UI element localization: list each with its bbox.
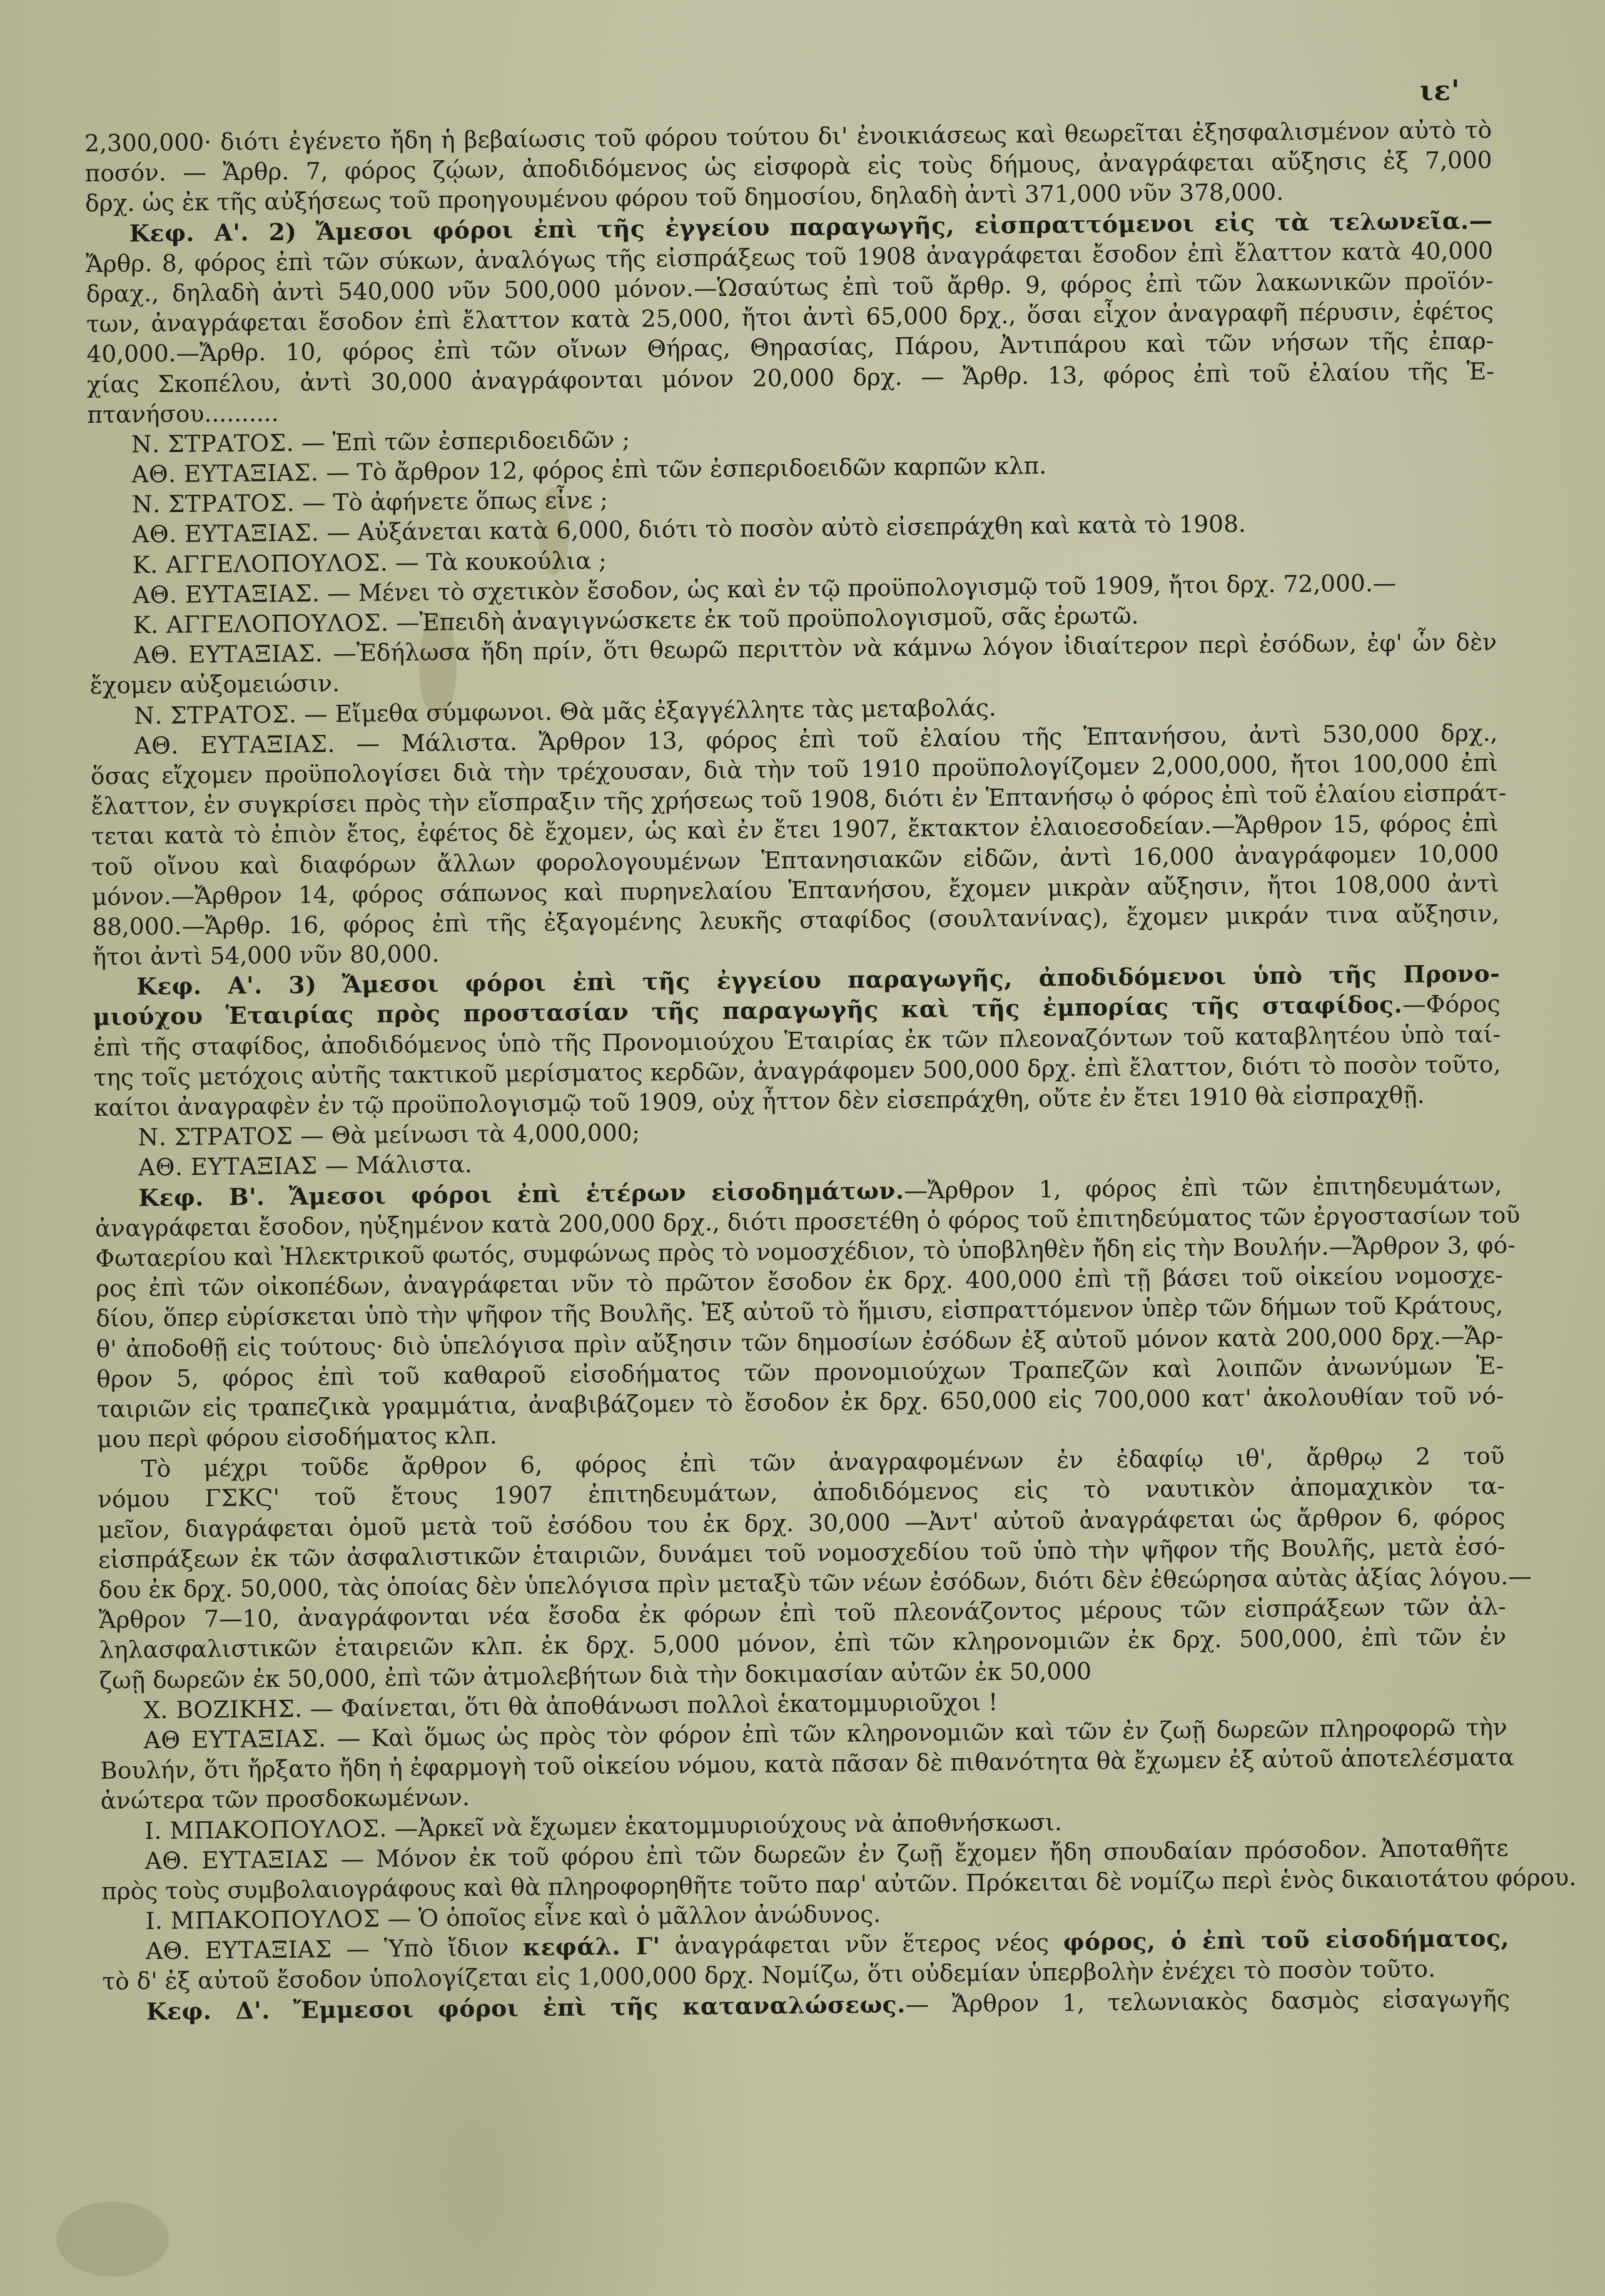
- document-body: 2,300,000· διότι ἐγένετο ἤδη ἡ βεβαίωσις…: [84, 114, 1510, 2026]
- chapter-label: Κεφ. Β'.: [138, 1183, 265, 1211]
- speech-text: — Φαίνεται, ὅτι θὰ ἀποθάνωσι πολλοὶ ἑκατ…: [310, 1688, 998, 1722]
- chapter-title: Ἔμμεσοι φόροι ἐπὶ τῆς καταναλώσεως.: [293, 1990, 906, 2023]
- speech-text: — Ὑπὸ ἴδιον: [346, 1934, 509, 1963]
- speech-text: — Τὸ ἀφήνετε ὅπως εἶνε ;: [302, 486, 608, 517]
- emphasis-text: φόρος, ὁ ἐπὶ τοῦ εἰσοδήματος,: [1063, 1924, 1509, 1956]
- line-text: ἔχομεν αὐξομειώσιν.: [89, 670, 340, 700]
- chapter-label: Κεφ. Α'. 3): [136, 971, 317, 1001]
- line-text: ἤτοι ἀντὶ 54,000 νῦν 80,000.: [93, 940, 440, 971]
- line-text: μου περὶ φόρου εἰσοδήματος κλπ.: [97, 1422, 497, 1453]
- speaker-name: Χ. ΒΟΖΙΚΗΣ.: [143, 1695, 303, 1724]
- speaker-name: Ν. ΣΤΡΑΤΟΣ.: [134, 700, 297, 729]
- line-text: ἀνώτερα τῶν προσδοκωμένων.: [100, 1784, 470, 1815]
- speech-text: ἀναγράφεται νῦν ἕτερος νέος: [674, 1929, 1049, 1960]
- speaker-name: Ι. ΜΠΑΚΟΠΟΥΛΟΣ.: [144, 1814, 387, 1844]
- chapter-label: Κεφ. Δ'.: [146, 1996, 270, 2025]
- line-text: —Φόρος: [1402, 990, 1501, 1018]
- chapter-label: Κεφ. Α'. 2): [129, 218, 296, 247]
- speaker-name: Ν. ΣΤΡΑΤΟΣ.: [131, 429, 295, 458]
- speech-text: — Τὸ ἄρθρον 12, φόρος ἐπὶ τῶν ἐσπεριδοει…: [326, 452, 1046, 486]
- speech-text: — Ἐπὶ τῶν ἐσπεριδοειδῶν ;: [301, 426, 630, 457]
- speaker-name: ΑΘ. ΕΥΤΑΞΙΑΣ: [138, 1152, 318, 1181]
- speech-text: —Ἀρκεῖ νὰ ἔχωμεν ἑκατομμυριούχους νὰ ἀπο…: [394, 1808, 1062, 1842]
- speaker-name: ΑΘ. ΕΥΤΑΞΙΑΣ.: [132, 519, 320, 549]
- speaker-name: ΑΘ. ΕΥΤΑΞΙΑΣ.: [133, 640, 323, 669]
- speaker-name: Κ. ΑΓΓΕΛΟΠΟΥΛΟΣ.: [132, 549, 388, 579]
- chapter-title: Ἄμεσοι φόροι ἐπὶ ἑτέρων εἰσοδημάτων.: [289, 1176, 904, 1210]
- speaker-name: ΑΘ ΕΥΤΑΞΙΑΣ.: [144, 1724, 327, 1754]
- speaker-name: Ι. ΜΠΑΚΟΠΟΥΛΟΣ: [145, 1905, 380, 1935]
- chapter-ref: κεφάλ. Γ': [523, 1933, 661, 1961]
- paper-stain: [56, 2202, 169, 2277]
- line-text: πτανήσου..........: [87, 399, 279, 428]
- speech-text: — Θὰ μείνωσι τὰ 4,000,000;: [300, 1119, 640, 1150]
- speaker-name: Ν. ΣΤΡΑΤΟΣ: [138, 1122, 293, 1151]
- speaker-name: Κ. ΑΓΓΕΛΟΠΟΥΛΟΣ.: [133, 609, 388, 639]
- speaker-name: ΑΘ. ΕΥΤΑΞΙΑΣ: [144, 1845, 328, 1874]
- speaker-name: ΑΘ. ΕΥΤΑΞΙΑΣ.: [134, 730, 335, 759]
- line-text: —Ἄρθρον 1, φόρος ἐπὶ τῶν ἐπιτηδευμάτων,: [904, 1171, 1502, 1204]
- speech-text: — Εἴμεθα σύμφωνοι. Θὰ μᾶς ἐξαγγέλλητε τὰ…: [304, 694, 996, 728]
- speaker-name: ΑΘ. ΕΥΤΑΞΙΑΣ: [146, 1936, 332, 1965]
- line-text: — Ἄρθρον 1, τελωνιακὸς δασμὸς εἰσαγωγῆς: [905, 1985, 1510, 2018]
- scanned-page: ιε' 2,300,000· διότι ἐγένετο ἤδη ἡ βεβαί…: [0, 0, 1605, 2296]
- speaker-name: ΑΘ. ΕΥΤΑΞΙΑΣ.: [131, 458, 319, 488]
- page-number: ιε': [1420, 75, 1461, 107]
- speech-text: — Ὁ ὁποῖος εἶνε καὶ ὁ μᾶλλον ἀνώδυνος.: [387, 1900, 881, 1933]
- speaker-name: ΑΘ. ΕΥΤΑΞΙΑΣ.: [133, 579, 320, 609]
- speech-text: — Μάλιστα.: [325, 1151, 472, 1180]
- speaker-name: Ν. ΣΤΡΑΤΟΣ.: [132, 489, 295, 518]
- speech-text: — Τὰ κουκούλια ;: [395, 547, 607, 576]
